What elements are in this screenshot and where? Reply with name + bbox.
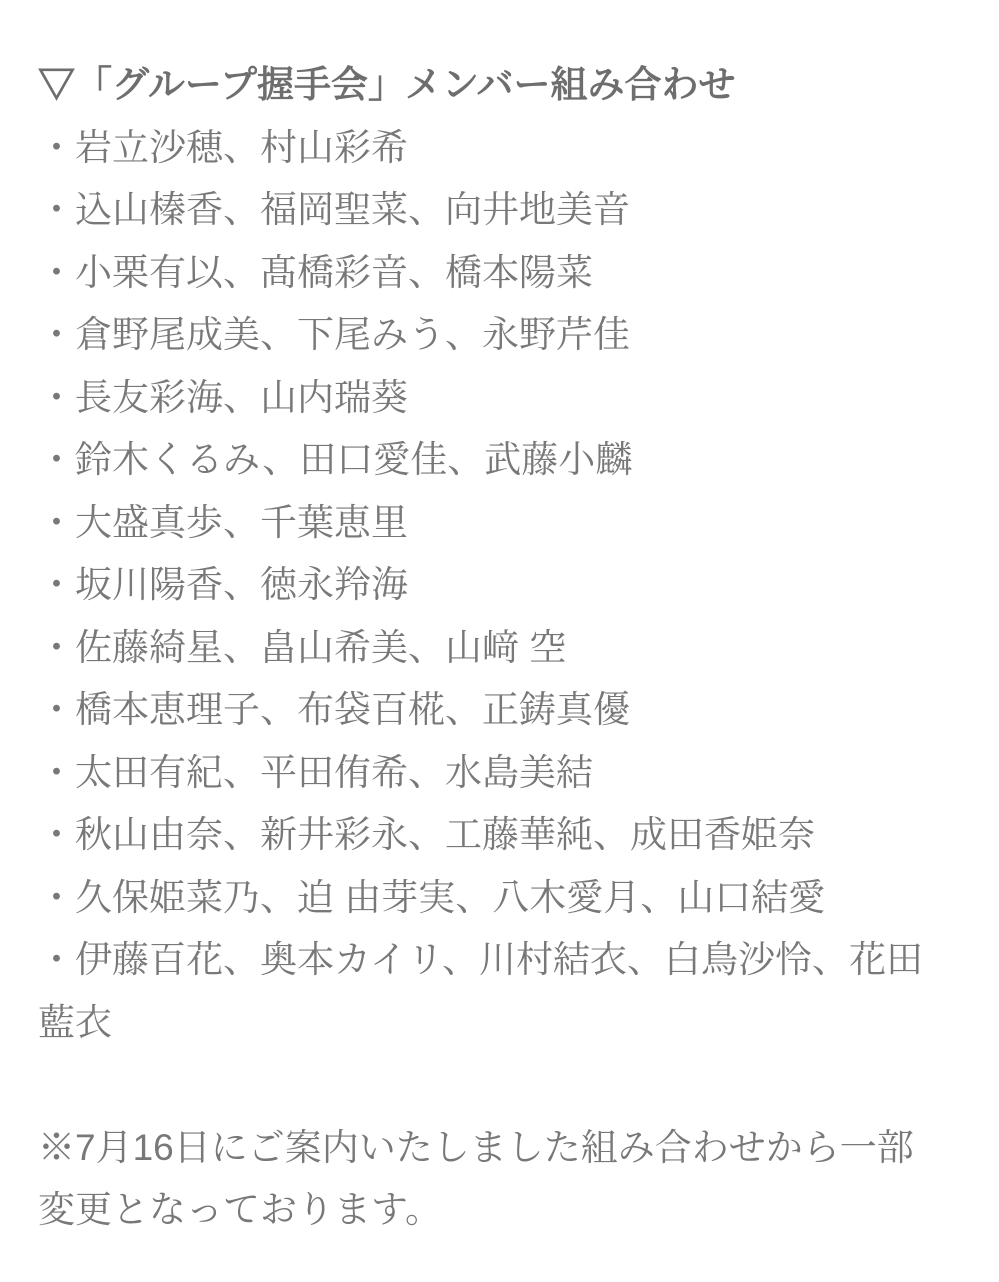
section-heading: ▽「グループ握手会」メンバー組み合わせ — [38, 54, 935, 117]
member-group-row: ・橋本恵理子、布袋百椛、正鋳真優 — [38, 679, 935, 742]
member-group-row: ・込山榛香、福岡聖菜、向井地美音 — [38, 179, 935, 242]
member-group-row: ・大盛真歩、千葉恵里 — [38, 492, 935, 555]
member-group-row: ・岩立沙穂、村山彩希 — [38, 117, 935, 180]
member-group-row: ・鈴木くるみ、田口愛佳、武藤小麟 — [38, 429, 935, 492]
change-note: ※7月16日にご案内いたしました組み合わせから一部変更となっております。 — [38, 1117, 935, 1242]
member-group-row: ・坂川陽香、徳永羚海 — [38, 554, 935, 617]
member-group-row: ・久保姫菜乃、迫 由芽実、八木愛月、山口結愛 — [38, 867, 935, 930]
member-group-row: ・長友彩海、山内瑞葵 — [38, 367, 935, 430]
page: { "page": { "background_color": "#ffffff… — [0, 0, 999, 1282]
member-group-row: ・秋山由奈、新井彩永、工藤華純、成田香姫奈 — [38, 804, 935, 867]
member-group-row: ・伊藤百花、奥本カイリ、川村結衣、白鳥沙怜、花田藍衣 — [38, 929, 935, 1054]
member-group-row: ・太田有紀、平田侑希、水島美結 — [38, 742, 935, 805]
member-group-list: ・岩立沙穂、村山彩希・込山榛香、福岡聖菜、向井地美音・小栗有以、髙橋彩音、橋本陽… — [38, 117, 935, 1055]
member-group-row: ・小栗有以、髙橋彩音、橋本陽菜 — [38, 242, 935, 305]
member-group-row: ・倉野尾成美、下尾みう、永野芹佳 — [38, 304, 935, 367]
member-group-row: ・佐藤綺星、畠山希美、山﨑 空 — [38, 617, 935, 680]
announcement-body: ▽「グループ握手会」メンバー組み合わせ ・岩立沙穂、村山彩希・込山榛香、福岡聖菜… — [0, 0, 999, 1282]
